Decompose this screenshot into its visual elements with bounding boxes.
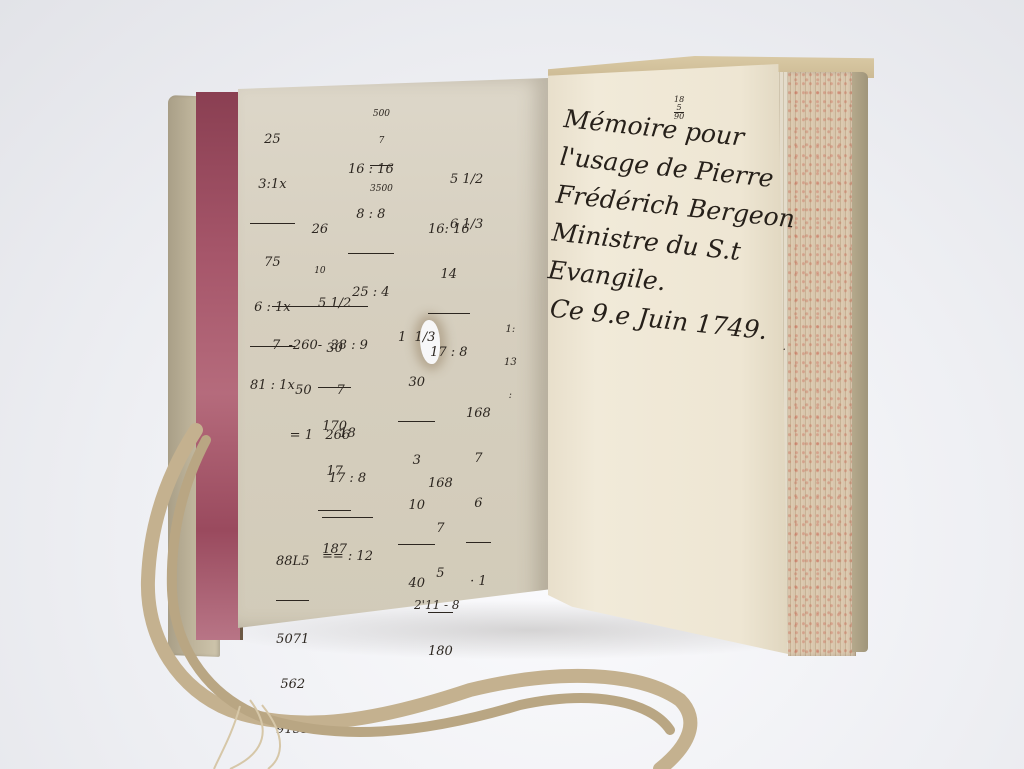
photo-scene: 25 3:1x 75 6 : 1x 81 : 1x 500 7 3500 16 … xyxy=(0,0,1024,769)
cloth-tie-ribbon xyxy=(0,0,1024,769)
